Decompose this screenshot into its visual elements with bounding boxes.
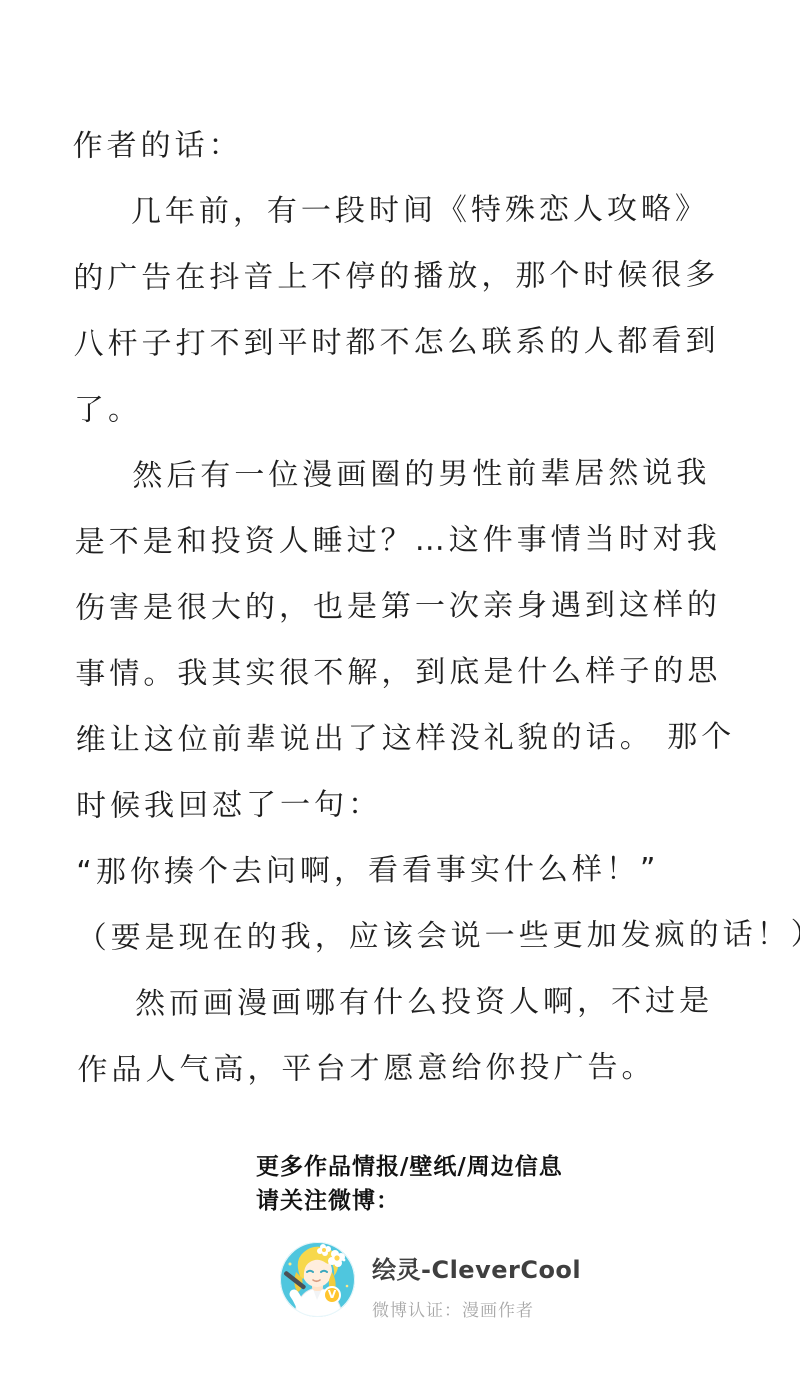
weibo-verified-badge-icon: V [323,1286,341,1304]
note-line: 八杆子打不到平时都不怎么联系的人都看到 [73,308,768,378]
note-line: （要是现在的我，应该会说一些更加发疯的话！） [77,902,772,972]
note-line: 事情。我其实很不解，到底是什么样子的思 [75,638,770,708]
promo-line-info: 更多作品情报/壁纸/周边信息 [256,1150,563,1184]
note-line: 时候我回怼了一句： [76,770,771,840]
promo-line-follow: 请关注微博： [256,1184,563,1218]
avatar-illustration [280,1242,355,1317]
note-line: “那你揍个去问啊，看看事实什么样！” [76,836,771,906]
note-line: 是不是和投资人睡过？…这件事情当时对我 [74,506,769,576]
note-line: 的广告在抖音上不停的播放，那个时候很多 [73,242,768,312]
note-line: 了。 [74,374,769,444]
note-line: 然后有一位漫画圈的男性前辈居然说我 [74,440,769,510]
author-note-text: 作者的话： 几年前，有一段时间《特殊恋人攻略》 的广告在抖音上不停的播放，那个时… [72,110,772,1104]
weibo-profile: V 绘灵-CleverCool 微博认证：漫画作者 [280,1242,581,1321]
artist-avatar: V [280,1242,355,1317]
note-line: 维让这位前辈说出了这样没礼貌的话。 那个 [76,704,771,774]
note-line: 伤害是很大的，也是第一次亲身遇到这样的 [75,572,770,642]
weibo-promo-text: 更多作品情报/壁纸/周边信息 请关注微博： [256,1150,563,1218]
profile-name: 绘灵-CleverCool [372,1250,581,1285]
profile-text: 绘灵-CleverCool 微博认证：漫画作者 [372,1242,581,1321]
profile-verification: 微博认证：漫画作者 [372,1296,581,1321]
note-line: 然而画漫画哪有什么投资人啊，不过是 [77,968,772,1038]
note-line: 几年前，有一段时间《特殊恋人攻略》 [73,176,768,246]
note-line: 作品人气高，平台才愿意给你投广告。 [77,1034,772,1104]
note-line: 作者的话： [72,110,767,180]
